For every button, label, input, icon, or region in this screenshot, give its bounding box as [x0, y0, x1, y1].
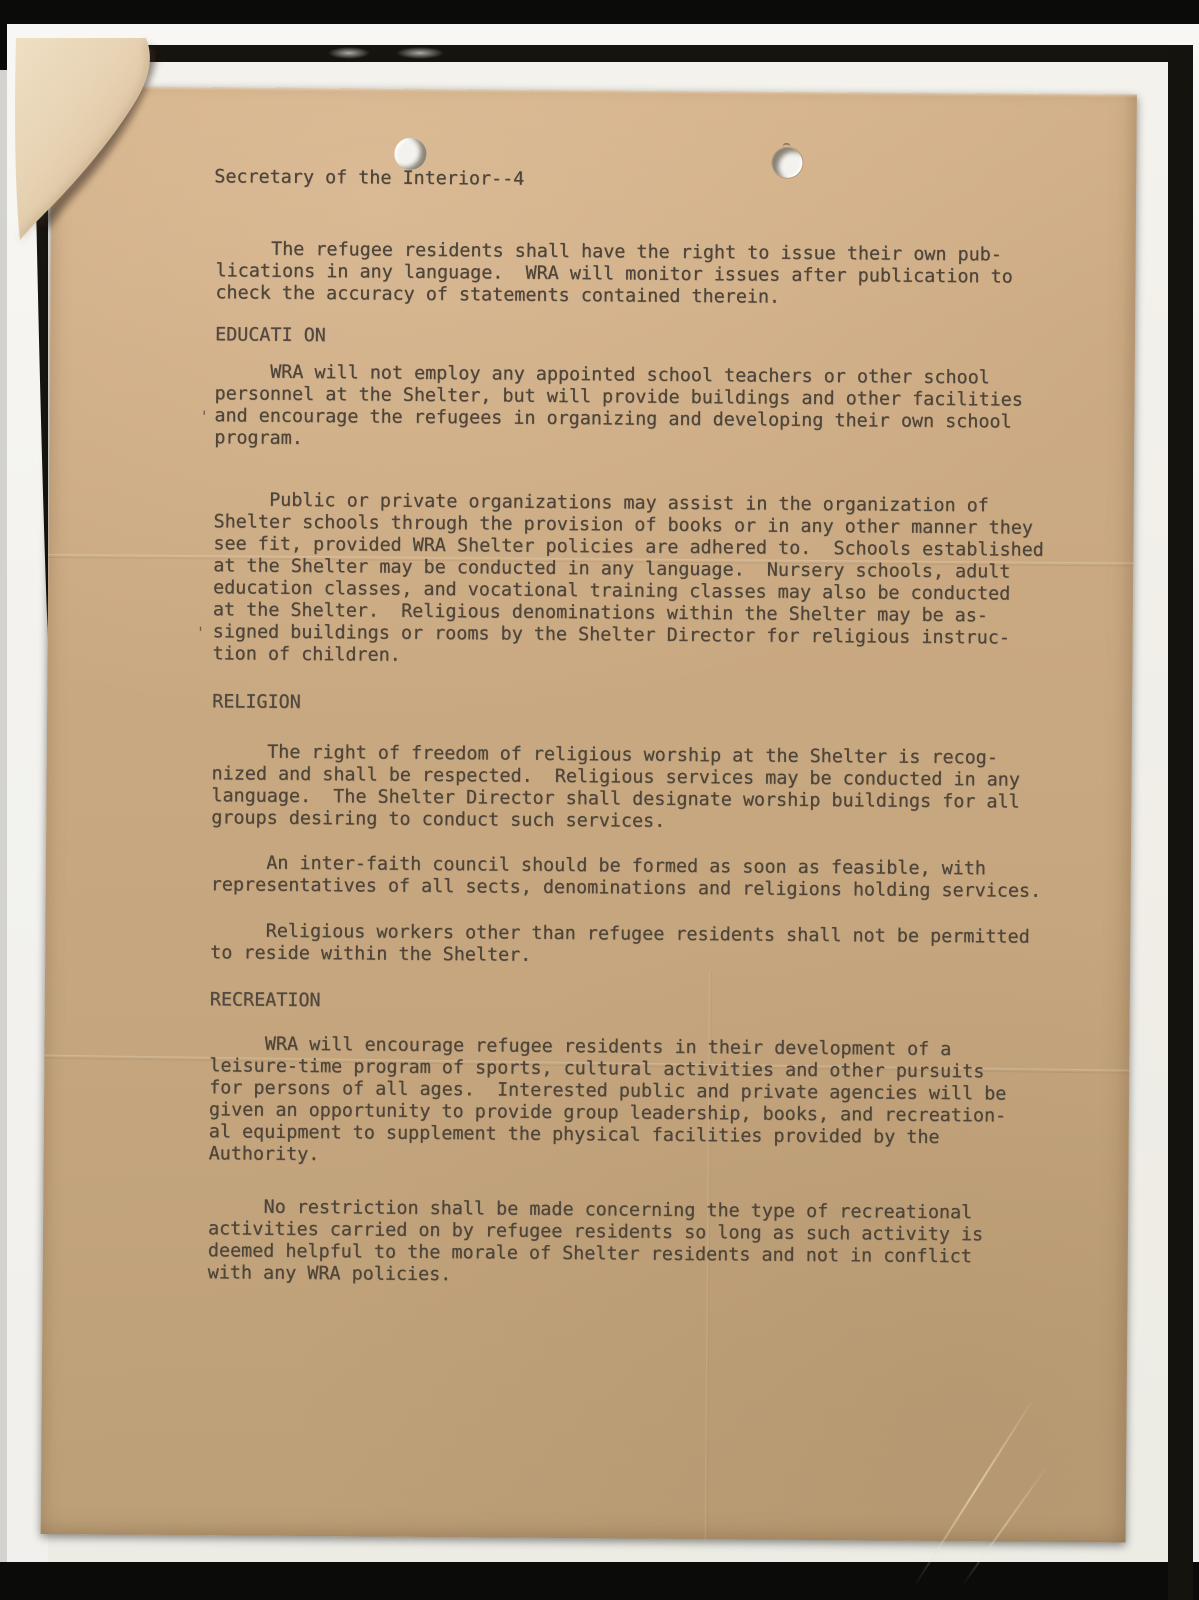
religion-paragraph-2: An inter-faith council should be formed …: [211, 852, 1042, 903]
stray-mark: ': [196, 623, 206, 642]
scratch-mark: [961, 1463, 1050, 1586]
religion-paragraph-3: Religious workers other than refugee res…: [210, 920, 1030, 970]
document-page: Secretary of the Interior--4 The refugee…: [41, 86, 1137, 1542]
recreation-paragraph-1: WRA will encourage refugee residents in …: [209, 1033, 1007, 1171]
section-heading-education: EDUCATI ON: [215, 324, 326, 347]
education-paragraph-1: WRA will not employ any appointed school…: [214, 361, 1023, 455]
education-paragraph-2: Public or private organizations may assi…: [212, 489, 1044, 672]
scanned-document-photo: { "palette": { "paper": "#c8a880", "back…: [0, 0, 1199, 1600]
mount-board-right-edge: [1168, 45, 1193, 1600]
curl-paper: [15, 38, 150, 240]
recreation-paragraph-2: No restriction shall be made concerning …: [208, 1196, 984, 1290]
punch-hole-right: [772, 148, 802, 178]
religion-paragraph-1: The right of freedom of religious worshi…: [211, 741, 1020, 835]
page-header: Secretary of the Interior--4: [214, 166, 524, 190]
section-heading-religion: RELIGION: [212, 691, 301, 714]
page-curl: [0, 0, 260, 300]
intro-paragraph: The refugee residents shall have the rig…: [215, 238, 1013, 310]
punch-hole-left: [394, 138, 426, 170]
section-heading-recreation: RECREATION: [210, 989, 321, 1012]
stray-mark: ': [199, 407, 209, 426]
